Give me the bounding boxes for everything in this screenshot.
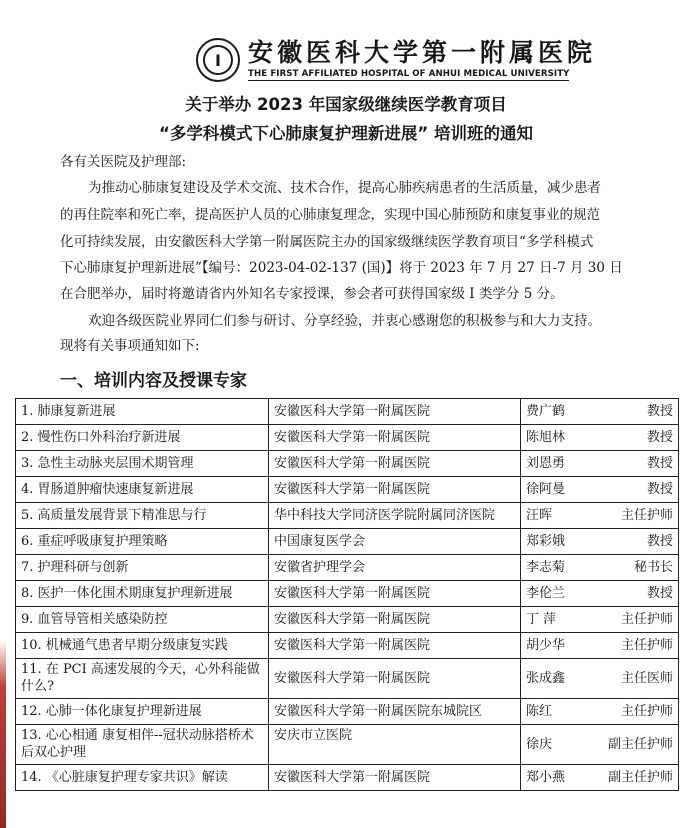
table-row: 13. 心心相通 康复相伴--冠状动脉搭桥术后双心护理 安庆市立医院 徐庆副主任… [16,725,679,765]
institution-cell: 安徽医科大学第一附属医院东城院区 [269,699,521,725]
welcome-line: 欢迎各级医院业界同仁们参与研讨、分享经验，并衷心感谢您的积极参与和大力支持。 [88,312,601,330]
expert-name: 陈红 [526,703,552,720]
expert-name: 陈旭林 [526,429,565,446]
expert-title: 副主任护师 [608,736,673,753]
expert-title: 主任护师 [621,703,673,720]
table-row: 2. 慢性伤口外科治疗新进展 安徽医科大学第一附属医院 陈旭林教授 [16,425,679,451]
table-row: 14. 《心脏康复护理专家共识》解读 安徽医科大学第一附属医院 郑小燕副主任护师 [16,765,679,791]
table-row: 12. 心肺一体化康复护理新进展 安徽医科大学第一附属医院东城院区 陈红主任护师 [16,699,679,725]
notice-title-line1: 关于举办 2023 年国家级继续医学教育项目 [0,91,692,115]
institution-cell: 安徽医科大学第一附属医院 [269,399,521,425]
institution-cell: 安庆市立医院 [269,725,521,765]
expert-title: 教授 [647,481,673,498]
hospital-name-cn: 安徽医科大学第一附属医院 [248,38,596,68]
expert-name: 郑小燕 [526,769,565,786]
hospital-emblem-icon: Ⅰ [196,38,240,82]
body-line: 为推动心肺康复建设及学术交流、技术合作，提高心肺疾病患者的生活质量，减少患者 [88,179,601,197]
topic-cell: 7. 护理科研与创新 [16,555,269,581]
topic-cell: 9. 血管导管相关感染防控 [16,607,269,633]
expert-name: 丁 萍 [526,611,556,628]
expert-title: 教授 [647,533,673,550]
expert-title: 教授 [647,585,673,602]
topic-cell: 3. 急性主动脉夹层围术期管理 [16,451,269,477]
body-line: 的再住院率和死亡率，提高医护人员的心肺康复理念，实现中国心肺预防和康复事业的规范 [60,206,600,224]
table-row: 10. 机械通气患者早期分级康复实践 安徽医科大学第一附属医院 胡少华主任护师 [16,633,679,659]
body-line: 化可持续发展，由安徽医科大学第一附属医院主办的国家级继续医学教育项目“多学科模式 [60,233,593,251]
intro-line: 现将有关事项通知如下: [60,337,200,355]
expert-cell: 李伦兰教授 [521,581,679,607]
expert-title: 教授 [647,429,673,446]
expert-cell: 郑彩娥教授 [521,529,679,555]
expert-cell: 费广鹤教授 [521,399,679,425]
expert-name: 李志菊 [526,559,565,576]
table-row: 11. 在 PCI 高速发展的今天，心外科能做什么? 安徽医科大学第一附属医院 … [16,659,679,699]
topic-cell: 5. 高质量发展背景下精准思与行 [16,503,269,529]
topic-cell: 6. 重症呼吸康复护理策略 [16,529,269,555]
expert-cell: 张成鑫主任医师 [521,659,679,699]
expert-cell: 徐庆副主任护师 [521,725,679,765]
topic-cell: 10. 机械通气患者早期分级康复实践 [16,633,269,659]
page-edge-strip [0,640,6,828]
topic-cell: 11. 在 PCI 高速发展的今天，心外科能做什么? [16,659,269,699]
expert-title: 主任护师 [621,637,673,654]
expert-cell: 胡少华主任护师 [521,633,679,659]
institution-cell: 安徽医科大学第一附属医院 [269,659,521,699]
topic-cell: 2. 慢性伤口外科治疗新进展 [16,425,269,451]
institution-cell: 安徽医科大学第一附属医院 [269,451,521,477]
experts-table: 1. 肺康复新进展 安徽医科大学第一附属医院 费广鹤教授 2. 慢性伤口外科治疗… [15,398,679,791]
institution-cell: 中国康复医学会 [269,529,521,555]
table-row: 6. 重症呼吸康复护理策略 中国康复医学会 郑彩娥教授 [16,529,679,555]
institution-cell: 安徽医科大学第一附属医院 [269,581,521,607]
institution-cell: 安徽省护理学会 [269,555,521,581]
institution-cell: 安徽医科大学第一附属医院 [269,477,521,503]
expert-name: 徐阿曼 [526,481,565,498]
expert-cell: 陈红主任护师 [521,699,679,725]
expert-name: 张成鑫 [526,670,565,687]
expert-title: 教授 [647,403,673,420]
table-row: 4. 胃肠道肿瘤快速康复新进展 安徽医科大学第一附属医院 徐阿曼教授 [16,477,679,503]
expert-cell: 汪晖主任护师 [521,503,679,529]
table-row: 5. 高质量发展背景下精准思与行 华中科技大学同济医学院附属同济医院 汪晖主任护… [16,503,679,529]
expert-cell: 陈旭林教授 [521,425,679,451]
notice-title-line2: “多学科模式下心肺康复护理新进展” 培训班的通知 [0,120,692,144]
institution-cell: 安徽医科大学第一附属医院 [269,607,521,633]
expert-cell: 郑小燕副主任护师 [521,765,679,791]
topic-cell: 1. 肺康复新进展 [16,399,269,425]
expert-name: 费广鹤 [526,403,565,420]
topic-cell: 13. 心心相通 康复相伴--冠状动脉搭桥术后双心护理 [16,725,269,765]
topic-cell: 14. 《心脏康复护理专家共识》解读 [16,765,269,791]
expert-title: 教授 [647,455,673,472]
expert-title: 主任医师 [621,670,673,687]
body-line: 在合肥举办，届时将邀请省内外知名专家授课，参会者可获得国家级 I 类学分 5 分… [60,285,564,303]
expert-cell: 丁 萍主任护师 [521,607,679,633]
topic-cell: 4. 胃肠道肿瘤快速康复新进展 [16,477,269,503]
expert-cell: 刘恩勇教授 [521,451,679,477]
emblem-glyph: Ⅰ [203,45,233,75]
section-heading: 一、培训内容及授课专家 [60,366,247,391]
institution-cell: 安徽医科大学第一附属医院 [269,425,521,451]
institution-cell: 华中科技大学同济医学院附属同济医院 [269,503,521,529]
expert-name: 刘恩勇 [526,455,565,472]
table-row: 8. 医护一体化围术期康复护理新进展 安徽医科大学第一附属医院 李伦兰教授 [16,581,679,607]
expert-cell: 李志菊秘书长 [521,555,679,581]
expert-title: 秘书长 [634,559,673,576]
institution-cell: 安徽医科大学第一附属医院 [269,765,521,791]
topic-cell: 12. 心肺一体化康复护理新进展 [16,699,269,725]
topic-cell: 8. 医护一体化围术期康复护理新进展 [16,581,269,607]
table-row: 9. 血管导管相关感染防控 安徽医科大学第一附属医院 丁 萍主任护师 [16,607,679,633]
table-row: 1. 肺康复新进展 安徽医科大学第一附属医院 费广鹤教授 [16,399,679,425]
hospital-name-en: THE FIRST AFFILIATED HOSPITAL OF ANHUI M… [248,69,569,81]
salutation: 各有关医院及护理部: [60,153,186,171]
expert-title: 主任护师 [621,611,673,628]
expert-name: 胡少华 [526,637,565,654]
expert-title: 主任护师 [621,507,673,524]
expert-name: 徐庆 [526,736,552,753]
table-row: 7. 护理科研与创新 安徽省护理学会 李志菊秘书长 [16,555,679,581]
body-line: 下心肺康复护理新进展”【编号：2023-04-02-137 (国)】将于 202… [60,259,623,277]
expert-name: 李伦兰 [526,585,565,602]
table-row: 3. 急性主动脉夹层围术期管理 安徽医科大学第一附属医院 刘恩勇教授 [16,451,679,477]
expert-title: 副主任护师 [608,769,673,786]
expert-cell: 徐阿曼教授 [521,477,679,503]
expert-name: 汪晖 [526,507,552,524]
letterhead: Ⅰ 安徽医科大学第一附属医院 THE FIRST AFFILIATED HOSP… [196,38,516,88]
expert-name: 郑彩娥 [526,533,565,550]
institution-cell: 安徽医科大学第一附属医院 [269,633,521,659]
